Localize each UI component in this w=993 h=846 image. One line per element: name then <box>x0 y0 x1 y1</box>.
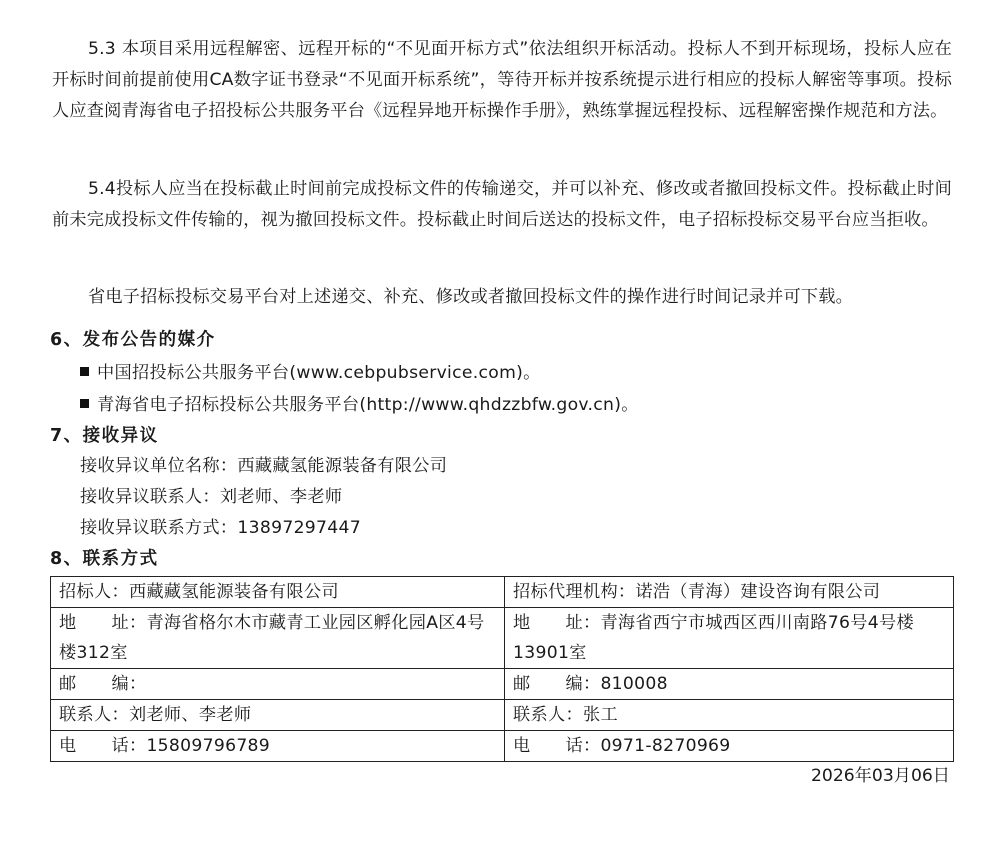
agency-address-cell: 地 址：青海省西宁市城西区西川南路76号4号楼13901室 <box>505 608 954 669</box>
paragraph-5-3: 5.3 本项目采用远程解密、远程开标的“不见面开标方式”依法组织开标活动。投标人… <box>52 34 952 127</box>
table-row: 电 话：15809796789 电 话：0971-8270969 <box>51 731 954 762</box>
square-bullet-icon <box>80 367 89 376</box>
contact-table: 招标人：西藏藏氢能源装备有限公司 招标代理机构：诺浩（青海）建设咨询有限公司 地… <box>50 576 954 762</box>
tenderer-phone-cell: 电 话：15809796789 <box>51 731 505 762</box>
tenderer-contact-cell: 联系人：刘老师、李老师 <box>51 700 505 731</box>
media-item-text: 中国招投标公共服务平台(www.cebpubservice.com)。 <box>97 363 541 383</box>
objection-unit-name: 接收异议单位名称：西藏藏氢能源装备有限公司 <box>80 453 447 479</box>
paragraph-5-4-text: 5.4投标人应当在投标截止时间前完成投标文件的传输递交，并可以补充、修改或者撤回… <box>52 179 952 230</box>
section-8-heading: 8、联系方式 <box>50 546 159 572</box>
section-7-heading: 7、接收异议 <box>50 423 159 449</box>
paragraph-5-3-text: 5.3 本项目采用远程解密、远程开标的“不见面开标方式”依法组织开标活动。投标人… <box>52 39 952 121</box>
tenderer-name-cell: 招标人：西藏藏氢能源装备有限公司 <box>51 577 505 608</box>
media-item-text: 青海省电子招标投标公共服务平台(http://www.qhdzzbfw.gov.… <box>97 395 639 415</box>
objection-contact-person: 接收异议联系人：刘老师、李老师 <box>80 484 342 510</box>
agency-name-cell: 招标代理机构：诺浩（青海）建设咨询有限公司 <box>505 577 954 608</box>
table-row: 招标人：西藏藏氢能源装备有限公司 招标代理机构：诺浩（青海）建设咨询有限公司 <box>51 577 954 608</box>
tenderer-postcode-cell: 邮 编： <box>51 669 505 700</box>
table-row: 邮 编： 邮 编：810008 <box>51 669 954 700</box>
paragraph-record: 省电子招标投标交易平台对上述递交、补充、修改或者撤回投标文件的操作进行时间记录并… <box>52 282 952 313</box>
table-row: 地 址：青海省格尔木市藏青工业园区孵化园A区4号楼312室 地 址：青海省西宁市… <box>51 608 954 669</box>
media-list-item: 青海省电子招标投标公共服务平台(http://www.qhdzzbfw.gov.… <box>80 392 639 418</box>
agency-postcode-cell: 邮 编：810008 <box>505 669 954 700</box>
document-date: 2026年03月06日 <box>811 764 950 788</box>
section-6-heading: 6、发布公告的媒介 <box>50 327 216 353</box>
media-list-item: 中国招投标公共服务平台(www.cebpubservice.com)。 <box>80 360 541 386</box>
square-bullet-icon <box>80 399 89 408</box>
tenderer-address-cell: 地 址：青海省格尔木市藏青工业园区孵化园A区4号楼312室 <box>51 608 505 669</box>
document-page: 5.3 本项目采用远程解密、远程开标的“不见面开标方式”依法组织开标活动。投标人… <box>0 0 993 846</box>
paragraph-record-text: 省电子招标投标交易平台对上述递交、补充、修改或者撤回投标文件的操作进行时间记录并… <box>88 287 853 307</box>
agency-phone-cell: 电 话：0971-8270969 <box>505 731 954 762</box>
table-row: 联系人：刘老师、李老师 联系人：张工 <box>51 700 954 731</box>
paragraph-5-4: 5.4投标人应当在投标截止时间前完成投标文件的传输递交，并可以补充、修改或者撤回… <box>52 174 952 236</box>
objection-contact-phone: 接收异议联系方式：13897297447 <box>80 515 361 541</box>
agency-contact-cell: 联系人：张工 <box>505 700 954 731</box>
